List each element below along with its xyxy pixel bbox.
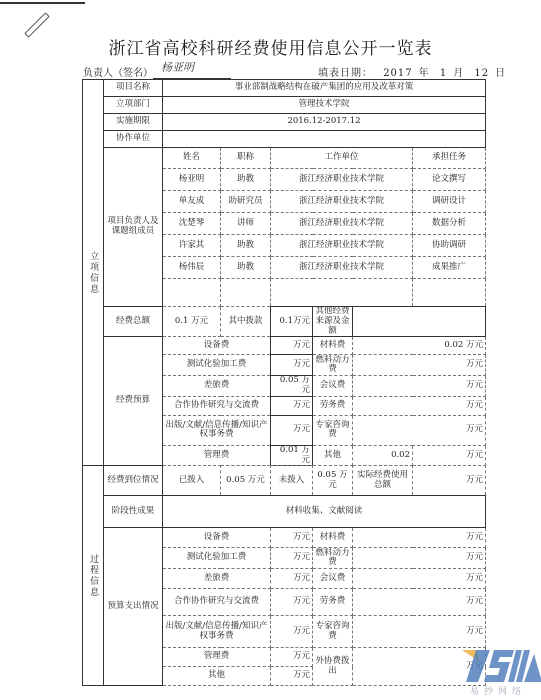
allocation-label: 其中拨款 bbox=[221, 307, 271, 337]
member-unit: 浙江经济职业技术学院 bbox=[271, 213, 413, 235]
budget-item: 测试化验加工费 bbox=[163, 355, 271, 376]
expense-amount: 万元 bbox=[271, 667, 313, 686]
watermark-logo: 易抄网络 bbox=[462, 648, 541, 694]
member-name: 杨伟辰 bbox=[163, 257, 221, 279]
empty-cell bbox=[413, 279, 486, 307]
budget-amount: 万元 bbox=[353, 396, 486, 415]
header-name: 姓名 bbox=[163, 148, 221, 169]
budget-amount: 万元 bbox=[271, 396, 313, 415]
budget-unit: 万元 bbox=[413, 445, 486, 466]
member-unit: 浙江经济职业技术学院 bbox=[271, 169, 413, 191]
label: 项目名称 bbox=[104, 80, 163, 97]
member-title: 助教 bbox=[221, 257, 271, 279]
responsible-label: 负责人（签名） bbox=[83, 68, 153, 79]
member-title: 讲师 bbox=[221, 213, 271, 235]
budget-item: 专家咨询费 bbox=[313, 415, 353, 445]
empty-cell bbox=[271, 279, 413, 307]
expense-item: 材料费 bbox=[313, 528, 353, 548]
member-task: 协助调研 bbox=[413, 235, 486, 257]
budget-item: 其他 bbox=[313, 445, 353, 466]
member-name: 单友成 bbox=[163, 191, 221, 213]
header-unit: 工作单位 bbox=[271, 148, 413, 169]
expense-item: 差旅费 bbox=[163, 569, 271, 589]
section-process-info: 过程信息 bbox=[83, 466, 104, 686]
allocation-value: 0.1万元 bbox=[271, 307, 313, 337]
expense-item: 测试化验加工费 bbox=[163, 548, 271, 569]
cooperator bbox=[163, 131, 486, 148]
row-fund-arrival: 过程信息 经费到位情况 已拨入 0.05 万元 未拨入 0.05 万元 实际经费… bbox=[83, 466, 486, 496]
other-source-label: 其他经费来源及金额 bbox=[313, 307, 353, 337]
expense-amount: 万元 bbox=[271, 528, 313, 548]
label: 协作单位 bbox=[104, 131, 163, 148]
expense-item: 其他 bbox=[163, 667, 271, 686]
expense-amount: 万元 bbox=[353, 528, 486, 548]
expense-amount: 万元 bbox=[271, 589, 313, 616]
member-title: 助教 bbox=[221, 235, 271, 257]
budget-item: 材料费 bbox=[313, 337, 353, 355]
row-stage-result: 阶段性成果 材料收集、文献阅读 bbox=[83, 496, 486, 528]
period: 2016.12-2017.12 bbox=[163, 114, 486, 131]
expense-item: 劳务费 bbox=[313, 589, 353, 616]
fill-year: 2017 bbox=[383, 68, 412, 79]
fill-date-label: 填表日期： bbox=[318, 68, 373, 79]
budget-amount: 0.02 万元 bbox=[353, 337, 486, 355]
budget-amount: 万元 bbox=[271, 415, 313, 445]
department: 管理技术学院 bbox=[163, 97, 486, 114]
stage-label: 阶段性成果 bbox=[104, 496, 163, 528]
budget-amount: 0.05 万元 bbox=[271, 376, 313, 397]
header-title: 职称 bbox=[221, 148, 271, 169]
expense-amount: 万元 bbox=[353, 616, 486, 648]
budget-item: 出版/文献/信息传播/知识产权事务费 bbox=[163, 415, 271, 445]
total-value: 0.1 万元 bbox=[163, 307, 221, 337]
member-name: 沈楚琴 bbox=[163, 213, 221, 235]
empty-cell bbox=[163, 279, 221, 307]
row-period: 实施期限 2016.12-2017.12 bbox=[83, 114, 486, 131]
year-unit: 年 bbox=[419, 68, 430, 79]
expense-amount: 万元 bbox=[353, 589, 486, 616]
page-title: 浙江省高校科研经费使用信息公开一览表 bbox=[0, 34, 541, 59]
budget-item: 会议费 bbox=[313, 376, 353, 397]
member-task: 调研设计 bbox=[413, 191, 486, 213]
member-task: 成果推广 bbox=[413, 257, 486, 279]
expense-item: 管理费 bbox=[163, 648, 271, 667]
disclosure-table: 立项信息 项目名称 事业部制战略结构在破产集团的应用及改革对策 立项部门 管理技… bbox=[82, 79, 486, 686]
label: 立项部门 bbox=[104, 97, 163, 114]
received-value: 0.05 万元 bbox=[221, 466, 271, 496]
project-name: 事业部制战略结构在破产集团的应用及改革对策 bbox=[163, 80, 486, 97]
actual-label: 实际经费使用总额 bbox=[353, 466, 413, 496]
row-total-funding: 经费总额 0.1 万元 其中拨款 0.1万元 其他经费来源及金额 bbox=[83, 307, 486, 337]
row-project-name: 立项信息 项目名称 事业部制战略结构在破产集团的应用及改革对策 bbox=[83, 80, 486, 97]
scan-edge-line bbox=[0, 2, 85, 4]
member-name: 许家其 bbox=[163, 235, 221, 257]
expense-item: 专家咨询费 bbox=[313, 616, 353, 648]
budget-amount: 万元 bbox=[353, 355, 486, 376]
budget-amount: 万元 bbox=[353, 376, 486, 397]
label: 实施期限 bbox=[104, 114, 163, 131]
budget-label: 经费预算 bbox=[104, 337, 163, 466]
budget-amount: 万元 bbox=[271, 337, 313, 355]
budget-item: 管理费 bbox=[163, 445, 271, 466]
arrival-label: 经费到位情况 bbox=[104, 466, 163, 496]
empty-cell bbox=[221, 279, 271, 307]
member-header-row: 项目负责人及课题组成员 姓名 职称 工作单位 承担任务 bbox=[83, 148, 486, 169]
member-unit: 浙江经济职业技术学院 bbox=[271, 191, 413, 213]
received-label: 已拨入 bbox=[163, 466, 221, 496]
day-unit: 日 bbox=[495, 68, 506, 79]
budget-item: 燃料动力费 bbox=[313, 355, 353, 376]
budget-row: 经费预算 设备费 万元 材料费 0.02 万元 bbox=[83, 337, 486, 355]
fill-month: 1 bbox=[440, 68, 447, 79]
header-task: 承担任务 bbox=[413, 148, 486, 169]
expense-label: 预算支出情况 bbox=[104, 528, 163, 686]
budget-item: 差旅费 bbox=[163, 376, 271, 397]
member-name: 杨亚明 bbox=[163, 169, 221, 191]
expense-row: 预算支出情况 设备费 万元 材料费 万元 bbox=[83, 528, 486, 548]
expense-amount: 万元 bbox=[353, 569, 486, 589]
watermark-text: 易抄网络 bbox=[470, 684, 526, 697]
expense-item: 出版/文献/信息传播/知识产权事务费 bbox=[163, 616, 271, 648]
member-unit: 浙江经济职业技术学院 bbox=[271, 235, 413, 257]
responsible-signature: 负责人（签名）杨亚明 bbox=[83, 64, 231, 79]
fill-date: 填表日期： 2017年 1月 12日 bbox=[318, 64, 506, 79]
other-source-value bbox=[353, 307, 486, 337]
signature-line: 杨亚明 bbox=[153, 68, 231, 79]
member-title: 助研究员 bbox=[221, 191, 271, 213]
total-label: 经费总额 bbox=[104, 307, 163, 337]
budget-item: 合作协作研究与交流费 bbox=[163, 396, 271, 415]
budget-amount: 0.02 bbox=[353, 445, 413, 466]
budget-item: 劳务费 bbox=[313, 396, 353, 415]
expense-amount: 万元 bbox=[271, 569, 313, 589]
expense-item: 燃料动力费 bbox=[313, 548, 353, 569]
pending-value: 0.05 万元 bbox=[313, 466, 353, 496]
pending-label: 未拨入 bbox=[271, 466, 313, 496]
budget-item: 设备费 bbox=[163, 337, 271, 355]
actual-value: 万元 bbox=[413, 466, 486, 496]
expense-item: 合作协作研究与交流费 bbox=[163, 589, 271, 616]
expense-amount: 万元 bbox=[271, 648, 313, 667]
expense-item: 设备费 bbox=[163, 528, 271, 548]
outsourcing-label: 外协费拨出 bbox=[313, 648, 353, 686]
fill-day: 12 bbox=[474, 68, 489, 79]
budget-amount: 0.01 万元 bbox=[271, 445, 313, 466]
member-unit: 浙江经济职业技术学院 bbox=[271, 257, 413, 279]
section-project-info: 立项信息 bbox=[83, 80, 104, 466]
stage-value: 材料收集、文献阅读 bbox=[163, 496, 486, 528]
budget-amount: 万元 bbox=[271, 355, 313, 376]
expense-amount: 万元 bbox=[353, 548, 486, 569]
row-cooperator: 协作单位 bbox=[83, 131, 486, 148]
expense-item: 会议费 bbox=[313, 569, 353, 589]
signature: 杨亚明 bbox=[161, 59, 194, 75]
month-unit: 月 bbox=[453, 68, 464, 79]
row-department: 立项部门 管理技术学院 bbox=[83, 97, 486, 114]
member-task: 论文撰写 bbox=[413, 169, 486, 191]
member-title: 助教 bbox=[221, 169, 271, 191]
budget-amount: 万元 bbox=[353, 415, 486, 445]
member-task: 数据分析 bbox=[413, 213, 486, 235]
members-label: 项目负责人及课题组成员 bbox=[104, 148, 163, 307]
expense-amount: 万元 bbox=[271, 548, 313, 569]
expense-amount: 万元 bbox=[271, 616, 313, 648]
